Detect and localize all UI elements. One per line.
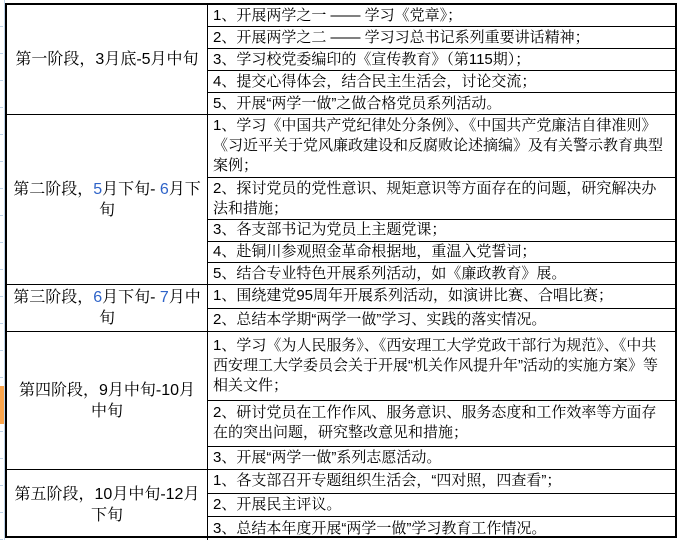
activity-text: 1、各支部召开专题组织生活会，“四对照，四查看”； bbox=[213, 471, 561, 491]
document-page: 第一阶段，3月底-5月中旬1、开展两学之一 —— 学习《党章》；2、开展两学之二… bbox=[0, 0, 679, 540]
phase-row: 第五阶段，10月中旬-12月下旬1、各支部召开专题组织生活会，“四对照，四查看”… bbox=[7, 469, 675, 540]
phase-row: 第二阶段，5月下旬- 6月下旬1、学习《中国共产党纪律处分条例》、《中国共产党廉… bbox=[7, 114, 675, 284]
phase-label-text: 第一阶段，3月底-5月中旬 bbox=[15, 51, 198, 68]
activity-text: 2、研讨党员在工作作风、服务意识、服务态度和工作效率等方面存在的突出问题，研究整… bbox=[213, 403, 670, 443]
activity-cell[interactable]: 1、学习《为人民服务》、《西安理工大学党政干部行为规范》、《中共西安理工大学委员… bbox=[208, 332, 675, 400]
activity-cell[interactable]: 3、总结本年度开展“两学一做”学习教育工作情况。 bbox=[208, 516, 675, 540]
gridline-ticks bbox=[0, 0, 3, 540]
phase-row: 第一阶段，3月底-5月中旬1、开展两学之一 —— 学习《党章》；2、开展两学之二… bbox=[7, 5, 675, 114]
activity-text: 1、围绕建党95周年开展系列活动，如演讲比赛、合唱比赛； bbox=[213, 286, 613, 306]
phase-label: 第三阶段，6月下旬- 7月中旬 bbox=[13, 287, 201, 329]
phase-label: 第二阶段，5月下旬- 6月下旬 bbox=[13, 179, 201, 221]
activity-cell[interactable]: 4、提交心得体会，结合民主生活会，讨论交流； bbox=[208, 70, 675, 92]
activity-cell[interactable]: 3、各支部书记为党员上主题党课； bbox=[208, 219, 675, 241]
activity-text: 4、提交心得体会，结合民主生活会，讨论交流； bbox=[213, 72, 536, 92]
activity-cell[interactable]: 5、结合专业特色开展系列活动，如《廉政教育》展。 bbox=[208, 262, 675, 284]
activity-text: 1、学习《为人民服务》、《西安理工大学党政干部行为规范》、《中共西安理工大学委员… bbox=[213, 336, 670, 396]
activity-cell[interactable]: 2、总结本学期“两学一做”学习、实践的落实情况。 bbox=[208, 308, 675, 332]
activity-text: 4、赴铜川参观照金革命根据地，重温入党誓词； bbox=[213, 242, 536, 262]
activity-cell[interactable]: 5、开展“两学一做”之做合格党员系列活动。 bbox=[208, 92, 675, 114]
phase-label: 第五阶段，10月中旬-12月下旬 bbox=[13, 484, 201, 526]
activity-cell[interactable]: 2、探讨党员的党性意识、规矩意识等方面存在的问题，研究解决办法和措施； bbox=[208, 177, 675, 219]
phase-label: 第一阶段，3月底-5月中旬 bbox=[15, 49, 198, 70]
phase-label-cell[interactable]: 第一阶段，3月底-5月中旬 bbox=[7, 5, 208, 114]
phase-label-cell[interactable]: 第四阶段，9月中旬-10月中旬 bbox=[7, 332, 208, 469]
activity-cell[interactable]: 2、开展民主评议。 bbox=[208, 493, 675, 517]
activity-text: 2、总结本学期“两学一做”学习、实践的落实情况。 bbox=[213, 310, 546, 330]
phase-row: 第三阶段，6月下旬- 7月中旬1、围绕建党95周年开展系列活动，如演讲比赛、合唱… bbox=[7, 284, 675, 331]
activities-column: 1、各支部召开专题组织生活会，“四对照，四查看”；2、开展民主评议。3、总结本年… bbox=[208, 470, 675, 540]
phase-label-text: 第四阶段，9月中旬-10月中旬 bbox=[19, 382, 195, 420]
activity-text: 5、结合专业特色开展系列活动，如《廉政教育》展。 bbox=[213, 264, 566, 284]
activity-cell[interactable]: 3、开展“两学一做”系列志愿活动。 bbox=[208, 446, 675, 470]
activity-cell[interactable]: 2、研讨党员在工作作风、服务意识、服务态度和工作效率等方面存在的突出问题，研究整… bbox=[208, 400, 675, 446]
activity-cell[interactable]: 4、赴铜川参观照金革命根据地，重温入党誓词； bbox=[208, 241, 675, 263]
activities-column: 1、围绕建党95周年开展系列活动，如演讲比赛、合唱比赛；2、总结本学期“两学一做… bbox=[208, 285, 675, 331]
phase-label-text: 第二阶段， bbox=[13, 181, 93, 198]
phase-label-cell[interactable]: 第二阶段，5月下旬- 6月下旬 bbox=[7, 115, 208, 284]
activity-cell[interactable]: 1、学习《中国共产党纪律处分条例》、《中国共产党廉洁自律准则》《习近平关于党风廉… bbox=[208, 115, 675, 177]
activity-text: 2、开展两学之二 —— 学习习总书记系列重要讲话精神； bbox=[213, 28, 590, 48]
phase-label-text: 第五阶段，10月中旬-12月下旬 bbox=[15, 486, 200, 524]
phase-label-accent-text: 7 bbox=[160, 289, 169, 306]
phase-label-text: 月下旬- bbox=[102, 289, 160, 306]
phase-plan-table: 第一阶段，3月底-5月中旬1、开展两学之一 —— 学习《党章》；2、开展两学之二… bbox=[5, 3, 677, 538]
activity-text: 3、各支部书记为党员上主题党课； bbox=[213, 220, 446, 240]
phase-label-cell[interactable]: 第三阶段，6月下旬- 7月中旬 bbox=[7, 285, 208, 331]
activity-cell[interactable]: 1、各支部召开专题组织生活会，“四对照，四查看”； bbox=[208, 470, 675, 493]
phase-label-accent-text: 6 bbox=[93, 289, 102, 306]
activity-text: 2、探讨党员的党性意识、规矩意识等方面存在的问题，研究解决办法和措施； bbox=[213, 179, 670, 219]
activity-cell[interactable]: 1、开展两学之一 —— 学习《党章》； bbox=[208, 5, 675, 26]
activity-cell[interactable]: 2、开展两学之二 —— 学习习总书记系列重要讲话精神； bbox=[208, 26, 675, 48]
activity-cell[interactable]: 1、围绕建党95周年开展系列活动，如演讲比赛、合唱比赛； bbox=[208, 285, 675, 308]
phase-label-text: 月下旬- bbox=[102, 181, 160, 198]
activity-text: 5、开展“两学一做”之做合格党员系列活动。 bbox=[213, 94, 501, 114]
activity-text: 1、学习《中国共产党纪律处分条例》、《中国共产党廉洁自律准则》《习近平关于党风廉… bbox=[213, 116, 670, 176]
activity-text: 3、开展“两学一做”系列志愿活动。 bbox=[213, 448, 441, 468]
phase-row: 第四阶段，9月中旬-10月中旬1、学习《为人民服务》、《西安理工大学党政干部行为… bbox=[7, 331, 675, 469]
activity-cell[interactable]: 3、学习校党委编印的《宣传教育》（第115期）； bbox=[208, 48, 675, 70]
activity-text: 3、学习校党委编印的《宣传教育》（第115期）； bbox=[213, 50, 530, 70]
phase-label-accent-text: 5 bbox=[93, 181, 102, 198]
phase-label-text: 第三阶段， bbox=[13, 289, 93, 306]
activity-text: 1、开展两学之一 —— 学习《党章》； bbox=[213, 6, 462, 26]
activity-text: 3、总结本年度开展“两学一做”学习教育工作情况。 bbox=[213, 519, 546, 539]
activities-column: 1、学习《中国共产党纪律处分条例》、《中国共产党廉洁自律准则》《习近平关于党风廉… bbox=[208, 115, 675, 284]
activities-column: 1、开展两学之一 —— 学习《党章》；2、开展两学之二 —— 学习习总书记系列重… bbox=[208, 5, 675, 114]
activity-text: 2、开展民主评议。 bbox=[213, 495, 341, 515]
activities-column: 1、学习《为人民服务》、《西安理工大学党政干部行为规范》、《中共西安理工大学委员… bbox=[208, 332, 675, 469]
phase-label-cell[interactable]: 第五阶段，10月中旬-12月下旬 bbox=[7, 470, 208, 540]
phase-label: 第四阶段，9月中旬-10月中旬 bbox=[13, 380, 201, 422]
phase-label-accent-text: 6 bbox=[160, 181, 169, 198]
